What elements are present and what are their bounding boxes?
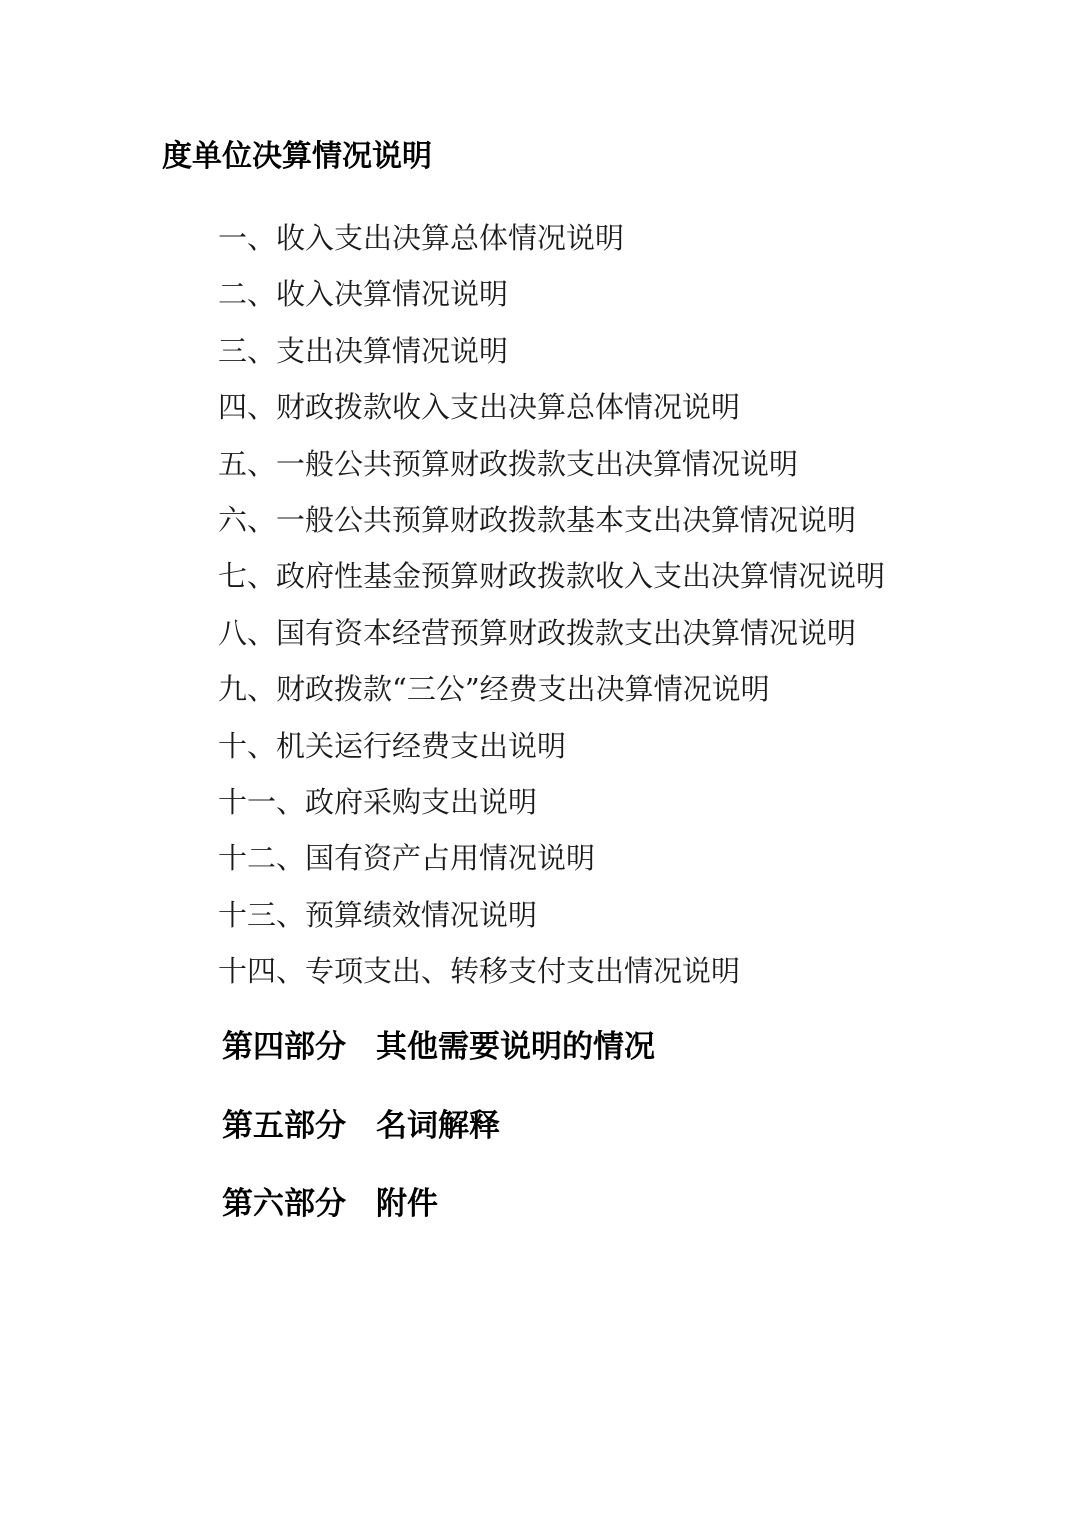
page-title: 度单位决算情况说明 bbox=[162, 140, 432, 173]
part5-label: 第五部分 bbox=[222, 1108, 346, 1144]
part-headings: 第四部分其他需要说明的情况 第五部分名词解释 第六部分附件 bbox=[222, 1032, 655, 1220]
toc-item-2: 二、收入决算情况说明 bbox=[218, 280, 885, 309]
toc-item-7: 七、政府性基金预算财政拨款收入支出决算情况说明 bbox=[218, 562, 885, 591]
section-heading-part5: 第五部分名词解释 bbox=[222, 1111, 655, 1142]
part5-title: 名词解释 bbox=[376, 1108, 500, 1144]
toc-item-5: 五、一般公共预算财政拨款支出决算情况说明 bbox=[218, 450, 885, 479]
document-page: 度单位决算情况说明 一、收入支出决算总体情况说明 二、收入决算情况说明 三、支出… bbox=[0, 0, 1074, 1520]
toc-item-12: 十二、国有资产占用情况说明 bbox=[218, 844, 885, 873]
toc-item-1: 一、收入支出决算总体情况说明 bbox=[218, 224, 885, 253]
toc-item-6: 六、一般公共预算财政拨款基本支出决算情况说明 bbox=[218, 506, 885, 535]
table-of-contents: 一、收入支出决算总体情况说明 二、收入决算情况说明 三、支出决算情况说明 四、财… bbox=[218, 224, 885, 986]
toc-item-9: 九、财政拨款“三公”经费支出决算情况说明 bbox=[218, 675, 885, 704]
section-heading-part6: 第六部分附件 bbox=[222, 1189, 655, 1220]
section-heading-part4: 第四部分其他需要说明的情况 bbox=[222, 1032, 655, 1063]
toc-item-14: 十四、专项支出、转移支付支出情况说明 bbox=[218, 957, 885, 986]
part6-label: 第六部分 bbox=[222, 1186, 346, 1222]
toc-item-8: 八、国有资本经营预算财政拨款支出决算情况说明 bbox=[218, 619, 885, 648]
toc-item-3: 三、支出决算情况说明 bbox=[218, 337, 885, 366]
toc-item-10: 十、机关运行经费支出说明 bbox=[218, 732, 885, 761]
part4-title: 其他需要说明的情况 bbox=[376, 1029, 655, 1065]
toc-item-13: 十三、预算绩效情况说明 bbox=[218, 901, 885, 930]
part6-title: 附件 bbox=[376, 1186, 438, 1222]
toc-item-11: 十一、政府采购支出说明 bbox=[218, 788, 885, 817]
toc-item-4: 四、财政拨款收入支出决算总体情况说明 bbox=[218, 393, 885, 422]
part4-label: 第四部分 bbox=[222, 1029, 346, 1065]
